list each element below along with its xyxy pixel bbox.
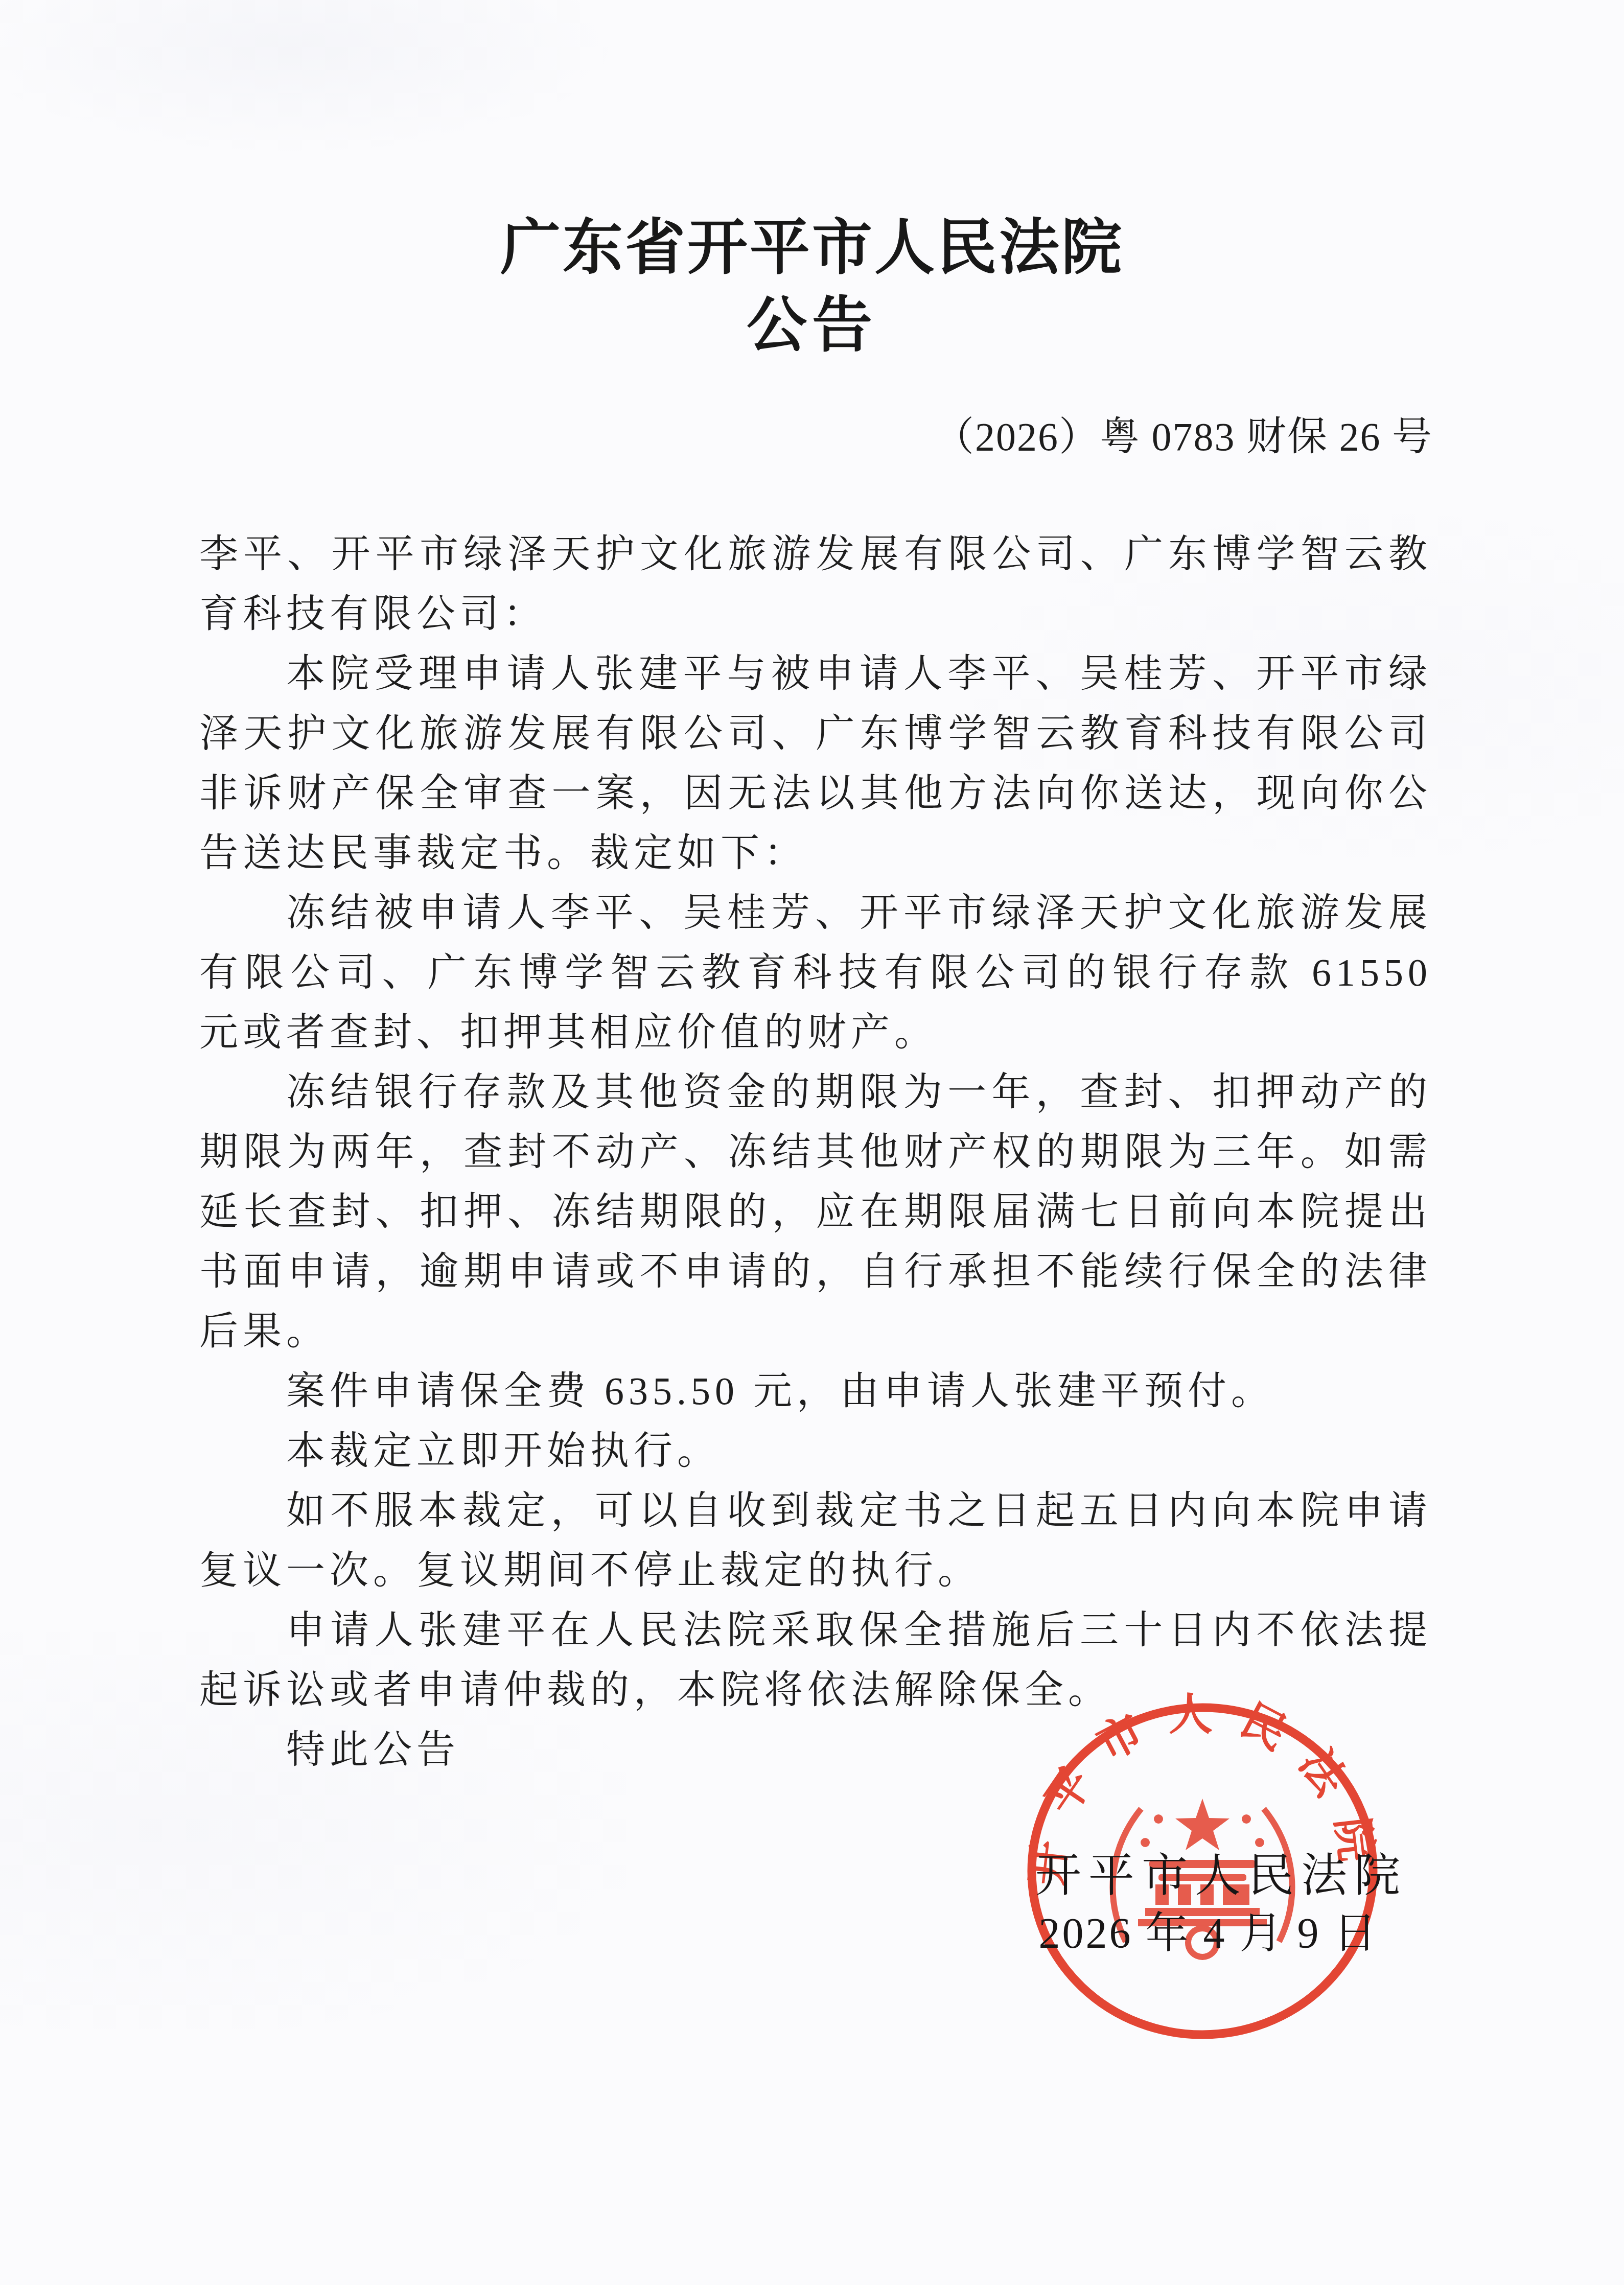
- document-title: 广东省开平市人民法院: [0, 208, 1624, 288]
- document-subtitle: 公告: [0, 288, 1624, 364]
- case-number: （2026）粤 0783 财保 26 号: [0, 405, 1433, 462]
- body-paragraph: 冻结银行存款及其他资金的期限为一年，查封、扣押动产的期限为两年，查封不动产、冻结…: [199, 1063, 1432, 1362]
- document-body: 李平、开平市绿泽天护文化旅游发展有限公司、广东博学智云教育科技有限公司： 本院受…: [199, 525, 1432, 1780]
- court-announcement-page: 广东省开平市人民法院 公告 （2026）粤 0783 财保 26 号 李平、开平…: [0, 0, 1624, 2285]
- body-paragraph: 冻结被申请人李平、吴桂芳、开平市绿泽天护文化旅游发展有限公司、广东博学智云教育科…: [199, 883, 1432, 1063]
- body-paragraph: 案件申请保全费 635.50 元，由申请人张建平预付。: [199, 1362, 1432, 1421]
- document-header: 广东省开平市人民法院 公告: [0, 208, 1624, 364]
- body-paragraph: 本裁定立即开始执行。: [199, 1421, 1432, 1481]
- court-name-signature: 开平市人民法院: [1032, 1838, 1410, 1904]
- addressee-line: 李平、开平市绿泽天护文化旅游发展有限公司、广东博学智云教育科技有限公司：: [199, 525, 1432, 644]
- body-paragraph: 本院受理申请人张建平与被申请人李平、吴桂芳、开平市绿泽天护文化旅游发展有限公司、…: [199, 644, 1432, 883]
- date-signature: 2026 年 4 月 9 日: [1019, 1899, 1398, 1961]
- body-paragraph: 如不服本裁定，可以自收到裁定书之日起五日内向本院申请复议一次。复议期间不停止裁定…: [199, 1481, 1432, 1601]
